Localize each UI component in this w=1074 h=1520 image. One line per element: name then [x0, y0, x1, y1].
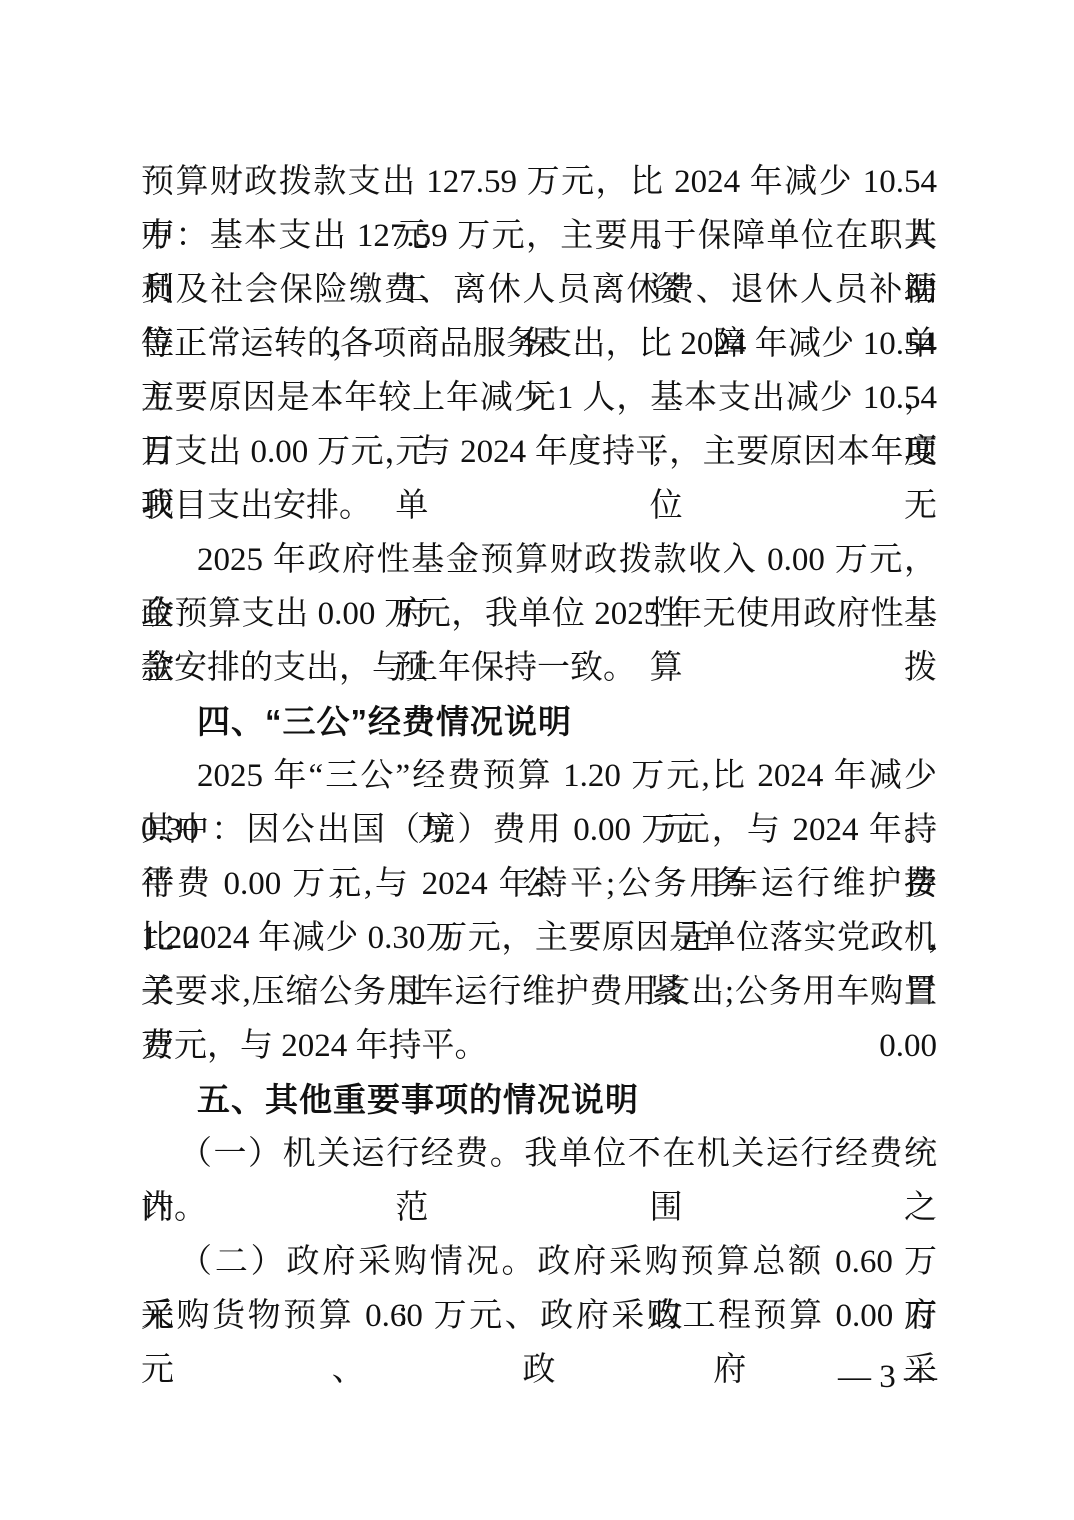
text-line: 子要求,压缩公务用车运行维护费用支出;公务用车购置费 0.00: [141, 965, 937, 1019]
text-line: 2025 年“三公”经费预算 1.20 万元,比 2024 年减少 0.30 万…: [141, 749, 937, 803]
text-line: 位正常运转的各项商品服务支出，比 2024 年减少 10.54 万元，: [141, 317, 937, 371]
text-line: 利及社会保险缴费、离休人员离休费、退休人员补助等，保障单: [141, 263, 937, 317]
text-line: 2025 年政府性基金预算财政拨款收入 0.00 万元，政府性基: [141, 533, 937, 587]
text-line: 主要原因是本年较上年减少 1 人，基本支出减少 10.54 万元；项: [141, 371, 937, 425]
section-heading: 四、“三公”经费情况说明: [141, 695, 937, 749]
text-line: 中：基本支出 127.59 万元，主要用于保障单位在职人员工资福: [141, 209, 937, 263]
section-heading: 五、其他重要事项的情况说明: [141, 1073, 937, 1127]
text-line: 待费 0.00 万元,与 2024 年持平;公务用车运行维护费 1.20 万元,: [141, 857, 937, 911]
text-line: （二）政府采购情况。政府采购预算总额 0.60 万元：政府: [141, 1235, 937, 1289]
text-line: 比 2024 年减少 0.30 万元，主要原因是单位落实党政机关过紧日: [141, 911, 937, 965]
text-line: 其中：因公出国（境）费用 0.00 万元，与 2024 年持平；公务接: [141, 803, 937, 857]
page-number: — 3 —: [838, 1350, 937, 1404]
text-line: 目支出 0.00 万元，与 2024 年度持平，主要原因本年度我单位无: [141, 425, 937, 479]
text-line: 采购货物预算 0.60 万元、政府采购工程预算 0.00 万元、政府采: [141, 1289, 937, 1343]
text-line: 预算财政拨款支出 127.59 万元，比 2024 年减少 10.54 万元。其: [141, 155, 937, 209]
text-line: 金预算支出 0.00 万元，我单位 2025 年无使用政府性基金预算拨: [141, 587, 937, 641]
text-line: （一）机关运行经费。我单位不在机关运行经费统计范围之: [141, 1127, 937, 1181]
document-page: 预算财政拨款支出 127.59 万元，比 2024 年减少 10.54 万元。其…: [0, 0, 1074, 1520]
document-body: 预算财政拨款支出 127.59 万元，比 2024 年减少 10.54 万元。其…: [141, 155, 937, 1343]
